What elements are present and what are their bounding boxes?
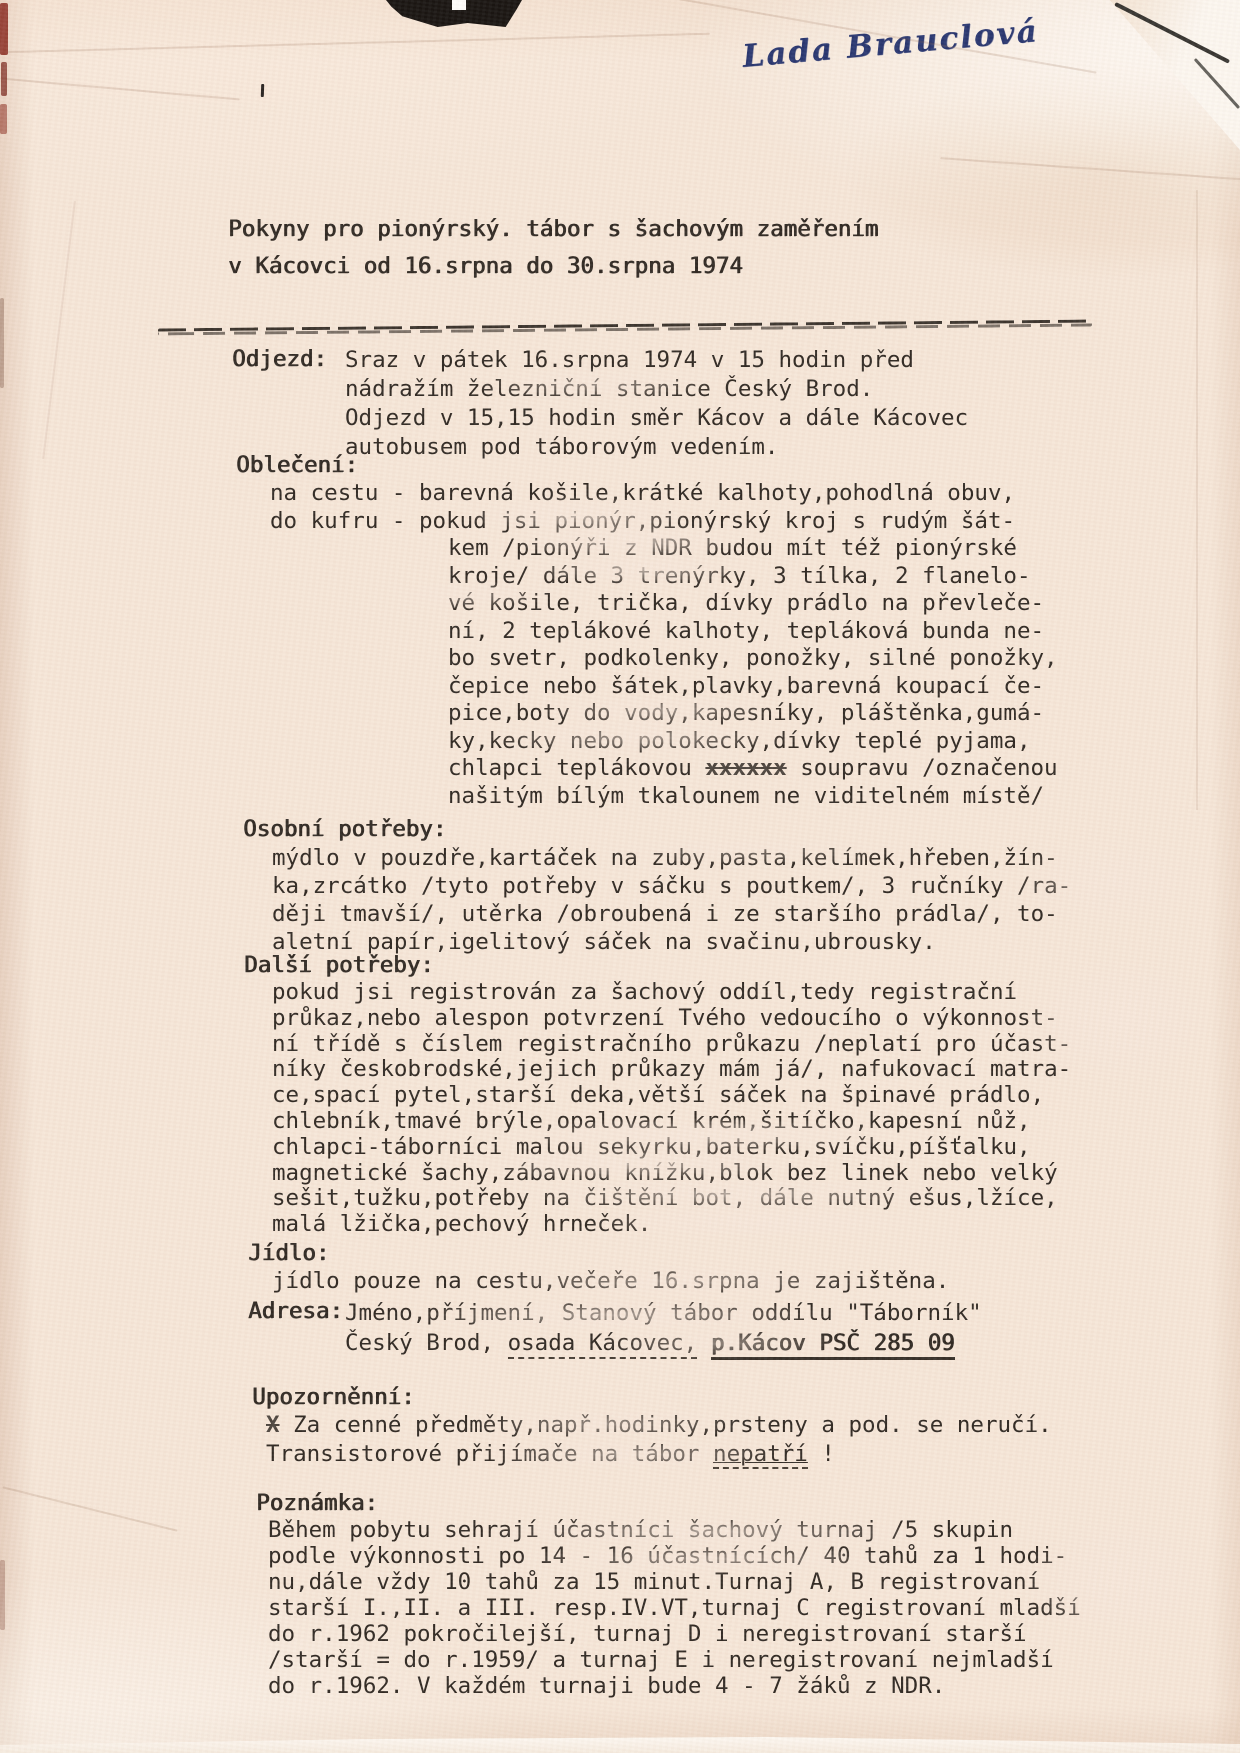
dashed-underlined-text: osada Kácovec, (508, 1330, 698, 1359)
text-line: čepice nebo šátek,plavky,barevná koupací… (270, 673, 1058, 701)
text-line: chlapci-táborníci malou sekyrku,baterku,… (272, 1135, 1071, 1161)
paper-crease (0, 78, 239, 101)
edge-smudge (0, 298, 4, 388)
paper-crease (940, 157, 1240, 181)
section-obleceni: Oblečení: na cestu - barevná košile,krát… (236, 452, 358, 478)
document-title: Pokyny pro pionýrský. tábor s šachovým z… (228, 216, 878, 279)
scanned-document-page: Lada Brauclová Pokyny pro pionýrský. táb… (0, 0, 1240, 1753)
text-line: na cestu - barevná košile,krátké kalhoty… (270, 480, 1058, 508)
text-line: ději tmavší/, utěrka /obroubená i ze sta… (272, 900, 1071, 928)
text-line: jídlo pouze na cestu,večeře 16.srpna je … (272, 1268, 949, 1296)
section-label: Odjezd: (232, 346, 327, 372)
stray-ink-mark (261, 84, 264, 97)
text-line: starší I.,II. a III. resp.IV.VT,turnaj C… (268, 1595, 1081, 1621)
scan-bottom-edge (0, 1737, 1240, 1753)
red-edge-mark (0, 104, 7, 134)
text-line: autobusem pod táborovým vedením. (345, 433, 968, 462)
text-line: /starší = do r.1959/ a turnaj E i neregi… (268, 1647, 1081, 1673)
camp-address-line-underlined: Český Brod, osada Kácovec, p.Kácov PSČ 2… (345, 1328, 982, 1358)
text-fragment: Transistorové přijímače na tábor (266, 1441, 713, 1467)
torn-corner (1092, 0, 1240, 150)
section-label: Upozorněnní: (252, 1384, 415, 1410)
page-edge-shadow (1196, 190, 1198, 810)
section-osobni-potreby: Osobní potřeby: mýdlo v pouzdře,kartáček… (243, 816, 446, 842)
text-line: do r.1962. V každém turnaji bude 4 - 7 ž… (268, 1673, 1081, 1699)
red-edge-mark (0, 3, 8, 55)
text-line: malá lžička,pechový hrneček. (272, 1212, 1071, 1238)
text-line: do kufru - pokud jsi pionýr,pionýrský kr… (270, 508, 1058, 536)
paper-notch (452, 0, 466, 10)
section-odjezd: Odjezd: Sraz v pátek 16.srpna 1974 v 15 … (232, 346, 327, 372)
text-fragment: Za cenné předměty,např.hodinky,prsteny a… (280, 1412, 1052, 1438)
section-dalsi-potreby: Další potřeby: pokud jsi registrován za … (244, 952, 434, 978)
paper-crease (0, 33, 710, 54)
typed-dashed-rule (158, 320, 1092, 336)
text-line: ní, 2 teplákové kalhoty, tepláková bunda… (270, 618, 1058, 646)
text-line: mýdlo v pouzdře,kartáček na zuby,pasta,k… (272, 844, 1071, 872)
text-fragment: chlapci teplákovou (448, 755, 705, 781)
text-line: do r.1962 pokročilejší, turnaj D i nereg… (268, 1621, 1081, 1647)
warning-line: X Za cenné předměty,např.hodinky,prsteny… (266, 1411, 1052, 1440)
handwritten-signature: Lada Brauclová (741, 13, 1040, 75)
text-line: níky českobrodské,jejich průkazy mám já/… (272, 1057, 1071, 1083)
text-line: bo svetr, podkolenky, ponožky, silné pon… (270, 645, 1058, 673)
section-label: Adresa: (248, 1298, 343, 1324)
paper-crease (2, 1486, 177, 1531)
text-line: vé košile, trička, dívky prádlo na převl… (270, 590, 1058, 618)
struck-out-character: X (266, 1412, 280, 1438)
text-fragment: ! (808, 1441, 835, 1467)
section-upozorneni: Upozorněnní: X Za cenné předměty,např.ho… (252, 1384, 415, 1410)
struck-out-word: xxxxxx (705, 755, 786, 781)
text-line: nádražím železniční stanice Český Brod. (345, 375, 968, 404)
red-edge-mark (1, 62, 7, 96)
section-jidlo: Jídlo: jídlo pouze na cestu,večeře 16.sr… (248, 1240, 329, 1266)
text-line: chlebník,tmavé brýle,opalovací krém,šití… (272, 1109, 1071, 1135)
section-label: Jídlo: (248, 1240, 329, 1266)
text-line: Sraz v pátek 16.srpna 1974 v 15 hodin př… (345, 346, 968, 375)
text-line: magnetické šachy,zábavnou knížku,blok be… (272, 1161, 1071, 1187)
title-line-2: v Kácovci od 16.srpna do 30.srpna 1974 (228, 253, 878, 279)
text-line-with-strikeout: chlapci teplákovou xxxxxx soupravu /ozna… (270, 755, 1058, 783)
text-line: Během pobytu sehrají účastníci šachový t… (268, 1517, 1081, 1543)
text-fragment: Český Brod, (345, 1330, 508, 1356)
underlined-word: nepatří (713, 1441, 808, 1469)
text-line: Odjezd v 15,15 hodin směr Kácov a dále K… (345, 404, 968, 433)
section-poznamka: Poznámka: Během pobytu sehrají účastníci… (256, 1490, 378, 1516)
text-line: kem /pionýři z NDR budou mít též pionýrs… (270, 535, 1058, 563)
edge-smudge (0, 1560, 5, 1630)
section-label: Oblečení: (236, 452, 358, 478)
text-line: sešit,tužku,potřeby na čištění bot, dále… (272, 1186, 1071, 1212)
text-line: nu,dále vždy 10 tahů za 15 minut.Turnaj … (268, 1569, 1081, 1595)
paper-crease-vertical (42, 201, 76, 459)
section-label: Další potřeby: (244, 952, 434, 978)
text-line: ní třídě s číslem registračního průkazu … (272, 1032, 1071, 1058)
section-adresa: Adresa: Jméno,příjmení, Stanový tábor od… (248, 1298, 343, 1324)
section-label: Poznámka: (256, 1490, 378, 1516)
text-line: průkaz,nebo alespon potvrzení Tvého vedo… (272, 1006, 1071, 1032)
text-line: pokud jsi registrován za šachový oddíl,t… (272, 980, 1071, 1006)
text-line: kroje/ dále 3 trenýrky, 3 tílka, 2 flane… (270, 563, 1058, 591)
text-line: ka,zrcátko /tyto potřeby v sáčku s poutk… (272, 872, 1071, 900)
solid-underlined-text: p.Kácov PSČ 285 09 (711, 1330, 955, 1360)
text-fragment: soupravu /označenou (787, 755, 1058, 781)
warning-line: Transistorové přijímače na tábor nepatří… (266, 1440, 1052, 1469)
text-line: našitým bílým tkalounem ne viditelném mí… (270, 783, 1058, 811)
text-line: podle výkonnosti po 14 - 16 účastnících/… (268, 1543, 1081, 1569)
text-line: pice,boty do vody,kapesníky, pláštěnka,g… (270, 700, 1058, 728)
text-fragment (697, 1330, 711, 1356)
text-line: ce,spací pytel,starší deka,větší sáček n… (272, 1083, 1071, 1109)
text-line: ky,kecky nebo polokecky,dívky teplé pyja… (270, 728, 1058, 756)
section-label: Osobní potřeby: (243, 816, 446, 842)
camp-address-line: Jméno,příjmení, Stanový tábor oddílu "Tá… (345, 1298, 982, 1328)
title-line-1: Pokyny pro pionýrský. tábor s šachovým z… (228, 216, 878, 242)
